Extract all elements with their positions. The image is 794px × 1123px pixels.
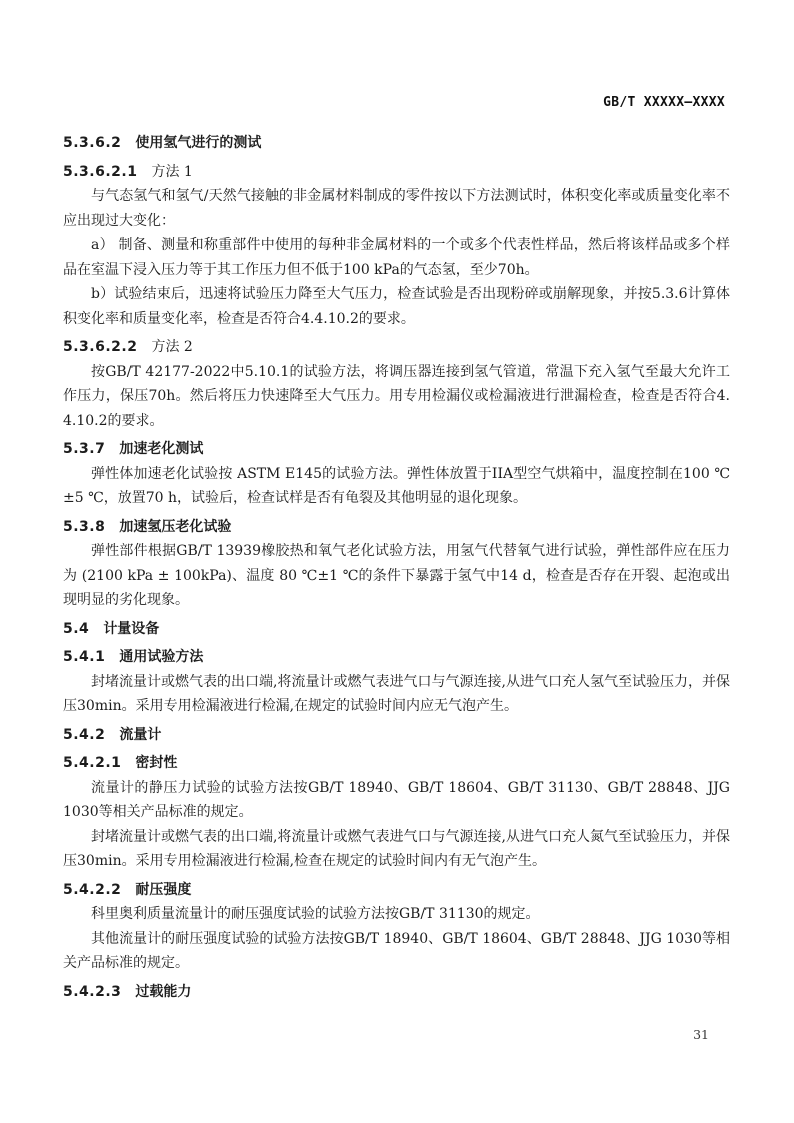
paragraph: 流量计的静压力试验的试验方法按GB/T 18940、GB/T 18604、GB/… [63,776,730,825]
paragraph: 封堵流量计或燃气表的出口端,将流量计或燃气表进气口与气源连接,从进气口充人氮气至… [63,825,730,874]
paragraph: 与气态氢气和氢气/天然气接触的非金属材料制成的零件按以下方法测试时，体积变化率或… [63,184,730,233]
section-heading: 5.4.2.2耐压强度 [63,878,730,903]
section-heading: 5.4计量设备 [63,617,730,642]
paragraph: 封堵流量计或燃气表的出口端,将流量计或燃气表进气口与气源连接,从进气口充人氢气至… [63,670,730,719]
section-number: 5.3.7 [63,441,105,457]
section-title: 加速老化测试 [119,441,203,457]
section-number: 5.3.6.2.1 [63,164,137,180]
section-number: 5.4.2.3 [63,984,121,1000]
paragraph: 其他流量计的耐压强度试验的试验方法按GB/T 18940、GB/T 18604、… [63,927,730,976]
section-title: 方法 2 [151,339,192,355]
document-body: 5.3.6.2使用氢气进行的测试5.3.6.2.1方法 1与气态氢气和氢气/天然… [63,127,730,1004]
section-number: 5.4.2.1 [63,755,121,771]
paragraph: 科里奥利质量流量计的耐压强度试验的试验方法按GB/T 31130的规定。 [63,902,730,927]
section-heading: 5.3.6.2.2方法 2 [63,335,730,360]
page-number: 31 [693,1027,709,1042]
section-title: 耐压强度 [135,882,191,898]
paragraph: 按GB/T 42177-2022中5.10.1的试验方法，将调压器连接到氢气管道… [63,360,730,434]
section-title: 密封性 [135,755,177,771]
paragraph: 弹性体加速老化试验按 ASTM E145的试验方法。弹性体放置于IIA型空气烘箱… [63,462,730,511]
paragraph: 弹性部件根据GB/T 13939橡胶热和氧气老化试验方法，用氢气代替氧气进行试验… [63,539,730,613]
section-title: 过载能力 [135,984,191,1000]
section-title: 计量设备 [103,621,159,637]
section-number: 5.4.2 [63,727,105,743]
paragraph: b）试验结束后，迅速将试验压力降至大气压力，检查试验是否出现粉碎或崩解现象，并按… [63,282,730,331]
section-number: 5.4.2.2 [63,882,121,898]
document-page: GB/T XXXXX—XXXX 5.3.6.2使用氢气进行的测试5.3.6.2.… [0,0,794,1123]
section-heading: 5.4.2流量计 [63,723,730,748]
section-title: 加速氢压老化试验 [119,519,231,535]
section-heading: 5.3.6.2使用氢气进行的测试 [63,131,730,156]
section-number: 5.3.6.2.2 [63,339,137,355]
section-title: 使用氢气进行的测试 [135,135,261,151]
section-title: 方法 1 [151,164,192,180]
section-number: 5.3.6.2 [63,135,121,151]
section-heading: 5.4.2.3过载能力 [63,980,730,1005]
section-heading: 5.3.7加速老化测试 [63,437,730,462]
section-title: 通用试验方法 [119,649,203,665]
standard-code-header: GB/T XXXXX—XXXX [603,95,725,110]
section-heading: 5.4.2.1密封性 [63,751,730,776]
section-heading: 5.3.8加速氢压老化试验 [63,515,730,540]
section-number: 5.3.8 [63,519,105,535]
section-heading: 5.3.6.2.1方法 1 [63,160,730,185]
section-number: 5.4.1 [63,649,105,665]
paragraph: a） 制备、测量和称重部件中使用的每种非金属材料的一个或多个代表性样品，然后将该… [63,233,730,282]
section-heading: 5.4.1通用试验方法 [63,645,730,670]
section-title: 流量计 [119,727,161,743]
section-number: 5.4 [63,621,89,637]
